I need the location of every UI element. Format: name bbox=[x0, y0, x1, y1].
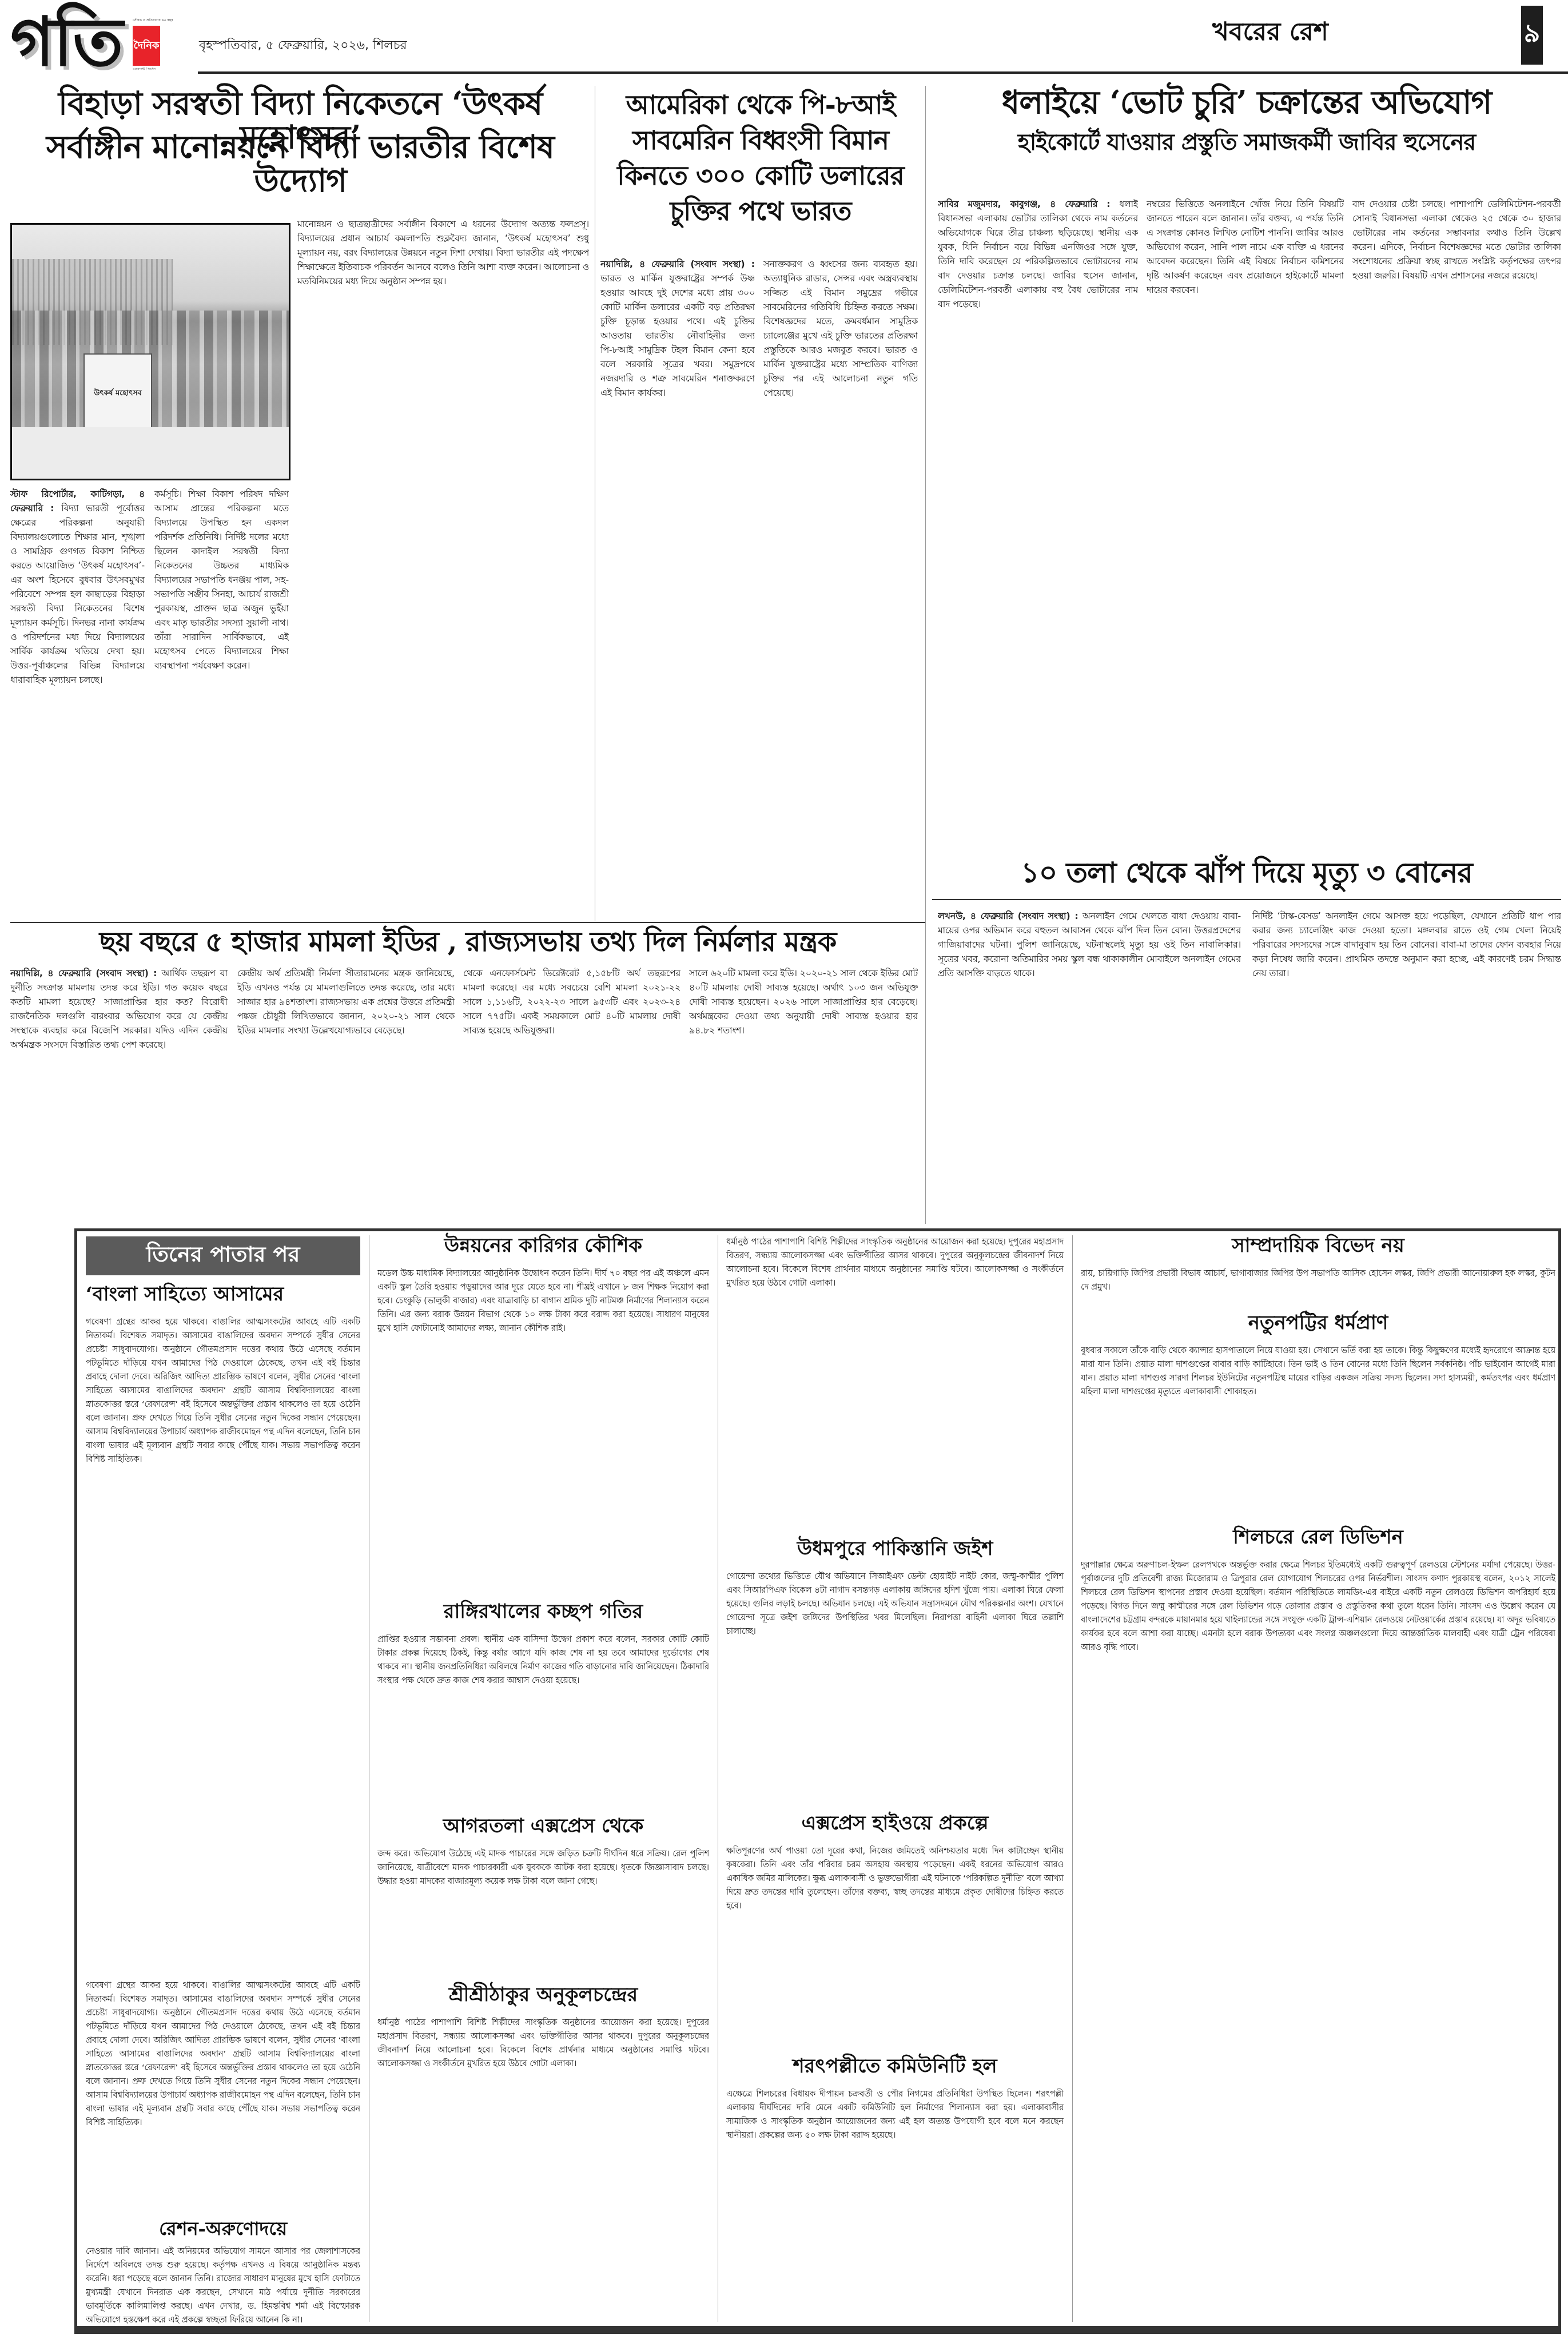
story3-headline-line2: হাইকোর্টে যাওয়ার প্রস্তুতি সমাজকর্মী জা… bbox=[932, 130, 1561, 154]
a3-body: মডেল উচ্চ মাধ্যমিক বিদ্যালয়ের আনুষ্ঠানি… bbox=[377, 1267, 709, 1490]
story5-column-2: কেন্দ্রীয় অর্থ প্রতিমন্ত্রী নির্মলা সীত… bbox=[237, 966, 455, 1218]
story4-byline: লখনউ, ৪ ফেব্রুয়ারি (সংবাদ সংস্থা) : bbox=[938, 911, 1079, 921]
a5-headline: আগরতলা এক্সপ্রেস থেকে bbox=[377, 1816, 709, 1837]
story1-photo: উৎকর্ষ মহোৎসব bbox=[10, 223, 290, 480]
date-line: বৃহস্পতিবার, ৫ ফেব্রুয়ারি, ২০২৬, শিলচর bbox=[199, 35, 407, 57]
story1-headline-line2: সর্বাঙ্গীন মানোন্নয়নে বিদ্যা ভারতীর বিশ… bbox=[11, 130, 589, 198]
a11-headline: নতুনপট্টির ধর্মপ্রাণ bbox=[1081, 1312, 1555, 1334]
story5-byline: নয়াদিল্লি, ৪ ফেব্রুয়ারি (সংবাদ সংস্থা)… bbox=[10, 968, 157, 978]
section-rule bbox=[10, 922, 925, 923]
logo-contact-lines: ওয়েবসাইট / ইমেইল bbox=[133, 67, 160, 71]
a2-headline: রেশন-অরুণোদয়ে bbox=[86, 2219, 360, 2239]
a4-headline: রাঙ্গিরখালের কচ্ছপ গতির bbox=[377, 1601, 709, 1622]
story3-headline-line1: ধলাইয়ে ‘ভোট চুরি’ চক্রান্তের অভিযোগ bbox=[932, 86, 1561, 120]
a6-body: ধর্মানুষ্ঠ পাঠের পাশাপাশি বিশিষ্ট শিল্পী… bbox=[377, 2016, 709, 2325]
a11-body: বুধবার সকালে তাঁকে বাড়ি থেকে ক্যান্সার … bbox=[1081, 1344, 1555, 1515]
story5-headline: ছয় বছরে ৫ হাজার মামলা ইডির , রাজ্যসভায়… bbox=[10, 928, 925, 956]
column-divider bbox=[369, 1235, 369, 2322]
story1-column-2: কর্মসূচি। শিক্ষা বিকাশ পরিষদ দক্ষিণ আসাম… bbox=[154, 487, 289, 922]
a8-headline: এক্সপ্রেস হাইওয়ে প্রকল্পে bbox=[726, 1813, 1064, 1834]
story5-column-4: সালে ৬২০টি মামলা করে ইডি। ২০২০-২১ সাল থে… bbox=[689, 966, 918, 1218]
a4-body: প্রাপ্তির হওয়ার সম্ভাবনা প্রবল। স্থানীয… bbox=[377, 1633, 709, 1804]
a5-body: জব্দ করে। অভিযোগ উঠেছে এই মাদক পাচারের স… bbox=[377, 1847, 709, 1973]
column-divider bbox=[595, 86, 595, 921]
a12-headline: শিলচরে রেল ডিভিশন bbox=[1081, 1527, 1555, 1548]
a6-headline: শ্রীশ্রীঠাকুর অনুকূলচন্দ্রের bbox=[377, 1984, 709, 2006]
section-title: খবরের রেশ bbox=[1212, 13, 1328, 54]
column-divider bbox=[1072, 1235, 1073, 2322]
story3-column-2: নম্বরের ভিত্তিতে অনলাইনে খোঁজ নিয়ে তিনি… bbox=[1147, 197, 1344, 898]
story4-headline: ১০ তলা থেকে ঝাঁপ দিয়ে মৃত্যু ৩ বোনের bbox=[932, 858, 1561, 888]
story5-column-1: নয়াদিল্লি, ৪ ফেব্রুয়ারি (সংবাদ সংস্থা)… bbox=[10, 966, 228, 1218]
story1-column-1: স্টাফ রিপোর্টার, কাটিগড়া, ৪ ফেব্রুয়ারি… bbox=[10, 487, 145, 922]
a6-body-top: ধর্মানুষ্ঠ পাঠের পাশাপাশি বিশিষ্ট শিল্পী… bbox=[726, 1235, 1064, 1533]
story2-byline: নয়াদিল্লি, ৪ ফেব্রুয়ারি (সংবাদ সংস্থা)… bbox=[600, 259, 755, 269]
a9-headline: শরৎপল্লীতে কমিউনিটি হল bbox=[726, 2056, 1064, 2077]
logo-tagline: সৌরভ ও প্রতিবাদের ৬৬ বছর bbox=[133, 17, 160, 23]
a1-headline: ‘বাংলা সাহিত্যে আসামের bbox=[86, 1284, 360, 1305]
story4-column-1: লখনউ, ৪ ফেব্রুয়ারি (সংবাদ সংস্থা) : অনল… bbox=[938, 909, 1241, 1190]
a12-body: দুরপাল্লার ক্ষেত্রে অরুণাচল-ইম্ফল রেলপথক… bbox=[1081, 1558, 1555, 2325]
continued-from-page-3-label: তিনের পাতার পর bbox=[86, 1236, 360, 1275]
photo-banner-text: উৎকর্ষ মহোৎসব bbox=[83, 353, 152, 433]
logo-daily-badge: দৈনিক bbox=[133, 26, 160, 66]
story3-column-3: বাদ দেওয়ার চেষ্টা চলছে। পাশাপাশি ডেলিমি… bbox=[1352, 197, 1561, 898]
logo-badge: সৌরভ ও প্রতিবাদের ৬৬ বছর দৈনিক ওয়েবসাইট… bbox=[133, 17, 160, 86]
story2-column-1: নয়াদিল্লি, ৪ ফেব্রুয়ারি (সংবাদ সংস্থা)… bbox=[600, 257, 755, 921]
a10-headline: সাম্প্রদায়িক বিভেদ নয় bbox=[1081, 1235, 1555, 1256]
story4-column-2: নির্দিষ্ট ‘টাস্ক-বেসড’ অনলাইন গেমে আসক্ত… bbox=[1252, 909, 1561, 1190]
a9-body: এক্ষেত্রে শিলচরের বিধায়ক দীপায়ন চক্রবর… bbox=[726, 2087, 1064, 2325]
story2-column-2: সনাক্তকরণ ও ধ্বংসের জন্য ব্যবহৃত হয়। অত… bbox=[763, 257, 918, 921]
newspaper-logo: গতি bbox=[10, 5, 122, 79]
a7-headline: উধমপুরে পাকিস্তানি জইশ bbox=[726, 1538, 1064, 1560]
story1-column-3: মানোন্নয়ন ও ছাত্রছাত্রীদের সর্বাঙ্গীন ব… bbox=[297, 217, 589, 921]
a2-body: নেওয়ার দাবি জানান। এই অনিয়মের অভিযোগ স… bbox=[86, 2245, 360, 2325]
column-divider bbox=[925, 86, 926, 921]
section-rule bbox=[932, 899, 1561, 900]
a1-body: গবেষণা গ্রন্থের আকর হয়ে থাকবে। বাঙালির … bbox=[86, 1315, 360, 1973]
story3-byline: সাবির মজুমদার, কাবুগঞ্জ, ৪ ফেব্রুয়ারি : bbox=[938, 199, 1111, 209]
a1-body-continued: গবেষণা গ্রন্থের আকর হয়ে থাকবে। বাঙালির … bbox=[86, 1979, 360, 2213]
a8-body: ক্ষতিপূরণের অর্থ পাওয়া তো দূরের কথা, নি… bbox=[726, 1844, 1064, 2050]
a10-body: রায়, চায়িগাড়ি জিপির প্রভারী বিভাষ আচা… bbox=[1081, 1267, 1555, 1310]
column-divider bbox=[718, 1235, 718, 2322]
column-divider bbox=[925, 904, 926, 1224]
story5-column-3: থেকে এনফোর্সমেন্ট ডিরেক্টরেট ৫,১৫৮টি অর্… bbox=[463, 966, 680, 1218]
page-number: ৯ bbox=[1521, 6, 1543, 65]
story3-column-1: সাবির মজুমদার, কাবুগঞ্জ, ৪ ফেব্রুয়ারি :… bbox=[938, 197, 1138, 898]
story2-headline: আমেরিকা থেকে পি-৮আই সাবমেরিন বিধ্বংসী বি… bbox=[600, 87, 921, 229]
masthead-rule bbox=[198, 71, 1568, 74]
a3-headline: উন্নয়নের কারিগর কৌশিক bbox=[377, 1235, 709, 1256]
a7-body: গোয়েন্দা তথ্যের ভিত্তিতে যৌথ অভিযানে সি… bbox=[726, 1570, 1064, 1810]
